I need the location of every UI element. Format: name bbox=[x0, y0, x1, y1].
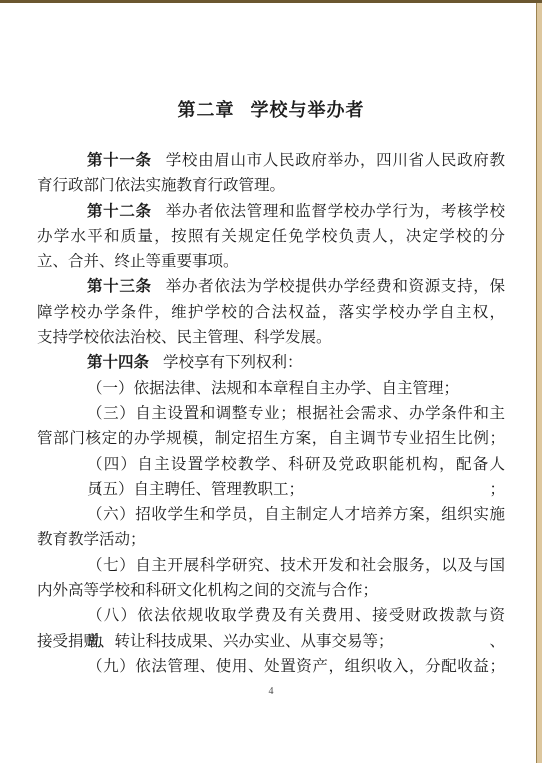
body-line: 教育教学活动； bbox=[37, 527, 505, 552]
document-page: 第二章学校与举办者 第十一条学校由眉山市人民政府举办，四川省人民政府教育行政部门… bbox=[0, 0, 542, 763]
line-text: 支持学校依法治校、民主管理、科学发展。 bbox=[37, 329, 332, 346]
chapter-title: 第二章学校与举办者 bbox=[37, 100, 505, 120]
body-line: 第十一条学校由眉山市人民政府举办，四川省人民政府教 bbox=[37, 148, 505, 173]
line-text: 内外高等学校和科研文化机构之间的交流与合作； bbox=[37, 582, 378, 599]
body-line: 管部门核定的办学规模，制定招生方案，自主调节专业招生比例； bbox=[37, 426, 505, 451]
article-number: 第十一条 bbox=[87, 152, 152, 169]
chapter-name: 学校与举办者 bbox=[251, 100, 365, 120]
line-text: （五）自主聘任、管理教职工； bbox=[87, 481, 304, 498]
line-text: 育行政部门依法实施教育行政管理。 bbox=[37, 177, 285, 194]
line-text: 学校由眉山市人民政府举办，四川省人民政府教 bbox=[166, 152, 505, 169]
line-text: （三）自主设置和调整专业；根据社会需求、办学条件和主 bbox=[87, 405, 505, 422]
body-line: （四）自主设置学校教学、科研及党政职能机构，配备人员； bbox=[37, 452, 505, 477]
body-line: 第十二条举办者依法管理和监督学校办学行为，考核学校 bbox=[37, 199, 505, 224]
body-line: （三）自主设置和调整专业；根据社会需求、办学条件和主 bbox=[37, 401, 505, 426]
line-text: （一）依据法律、法规和本章程自主办学、自主管理； bbox=[87, 380, 459, 397]
body-line: （九）依法管理、使用、处置资产，组织收入，分配收益； bbox=[37, 654, 505, 679]
body-line: （一）依据法律、法规和本章程自主办学、自主管理； bbox=[37, 376, 505, 401]
body-line: 育行政部门依法实施教育行政管理。 bbox=[37, 173, 505, 198]
line-text: 障学校办学条件，维护学校的合法权益，落实学校办学自主权， bbox=[37, 304, 505, 321]
body-line: （七）自主开展科学研究、技术开发和社会服务，以及与国 bbox=[37, 553, 505, 578]
line-text: 接受捐赠、转让科技成果、兴办实业、从事交易等； bbox=[37, 633, 394, 650]
line-text: 举办者依法为学校提供办学经费和资源支持，保 bbox=[166, 278, 505, 295]
body-line: （六）招收学生和学员，自主制定人才培养方案，组织实施 bbox=[37, 502, 505, 527]
body-line: 立、合并、终止等重要事项。 bbox=[37, 249, 505, 274]
body-line: 支持学校依法治校、民主管理、科学发展。 bbox=[37, 325, 505, 350]
body-line: 障学校办学条件，维护学校的合法权益，落实学校办学自主权， bbox=[37, 300, 505, 325]
line-text: （七）自主开展科学研究、技术开发和社会服务，以及与国 bbox=[87, 557, 505, 574]
body-line: 第十三条举办者依法为学校提供办学经费和资源支持，保 bbox=[37, 274, 505, 299]
body-line: （八）依法依规收取学费及有关费用、接受财政拨款与资助、 bbox=[37, 603, 505, 628]
line-text: 学校享有下列权利： bbox=[163, 354, 303, 371]
body-line: 内外高等学校和科研文化机构之间的交流与合作； bbox=[37, 578, 505, 603]
chapter-label: 第二章 bbox=[178, 100, 235, 120]
line-text: 管部门核定的办学规模，制定招生方案，自主调节专业招生比例； bbox=[37, 430, 505, 447]
line-text: 办学水平和质量，按照有关规定任免学校负责人，决定学校的分 bbox=[37, 228, 505, 245]
page-number: 4 bbox=[37, 686, 505, 697]
article-number: 第十二条 bbox=[87, 203, 152, 220]
body-line: 办学水平和质量，按照有关规定任免学校负责人，决定学校的分 bbox=[37, 224, 505, 249]
page-top-rule bbox=[0, 0, 542, 3]
article-number: 第十三条 bbox=[87, 278, 152, 295]
article-number: 第十四条 bbox=[87, 354, 149, 371]
page-edge-strip bbox=[536, 0, 542, 763]
page-content: 第二章学校与举办者 第十一条学校由眉山市人民政府举办，四川省人民政府教育行政部门… bbox=[37, 0, 505, 697]
line-text: （六）招收学生和学员，自主制定人才培养方案，组织实施 bbox=[87, 506, 505, 523]
body-line: 第十四条学校享有下列权利： bbox=[37, 350, 505, 375]
body-lines: 第十一条学校由眉山市人民政府举办，四川省人民政府教育行政部门依法实施教育行政管理… bbox=[37, 148, 505, 679]
line-text: 举办者依法管理和监督学校办学行为，考核学校 bbox=[166, 203, 505, 220]
line-text: 教育教学活动； bbox=[37, 531, 146, 548]
line-text: （九）依法管理、使用、处置资产，组织收入，分配收益； bbox=[87, 658, 505, 675]
line-text: 立、合并、终止等重要事项。 bbox=[37, 253, 239, 270]
